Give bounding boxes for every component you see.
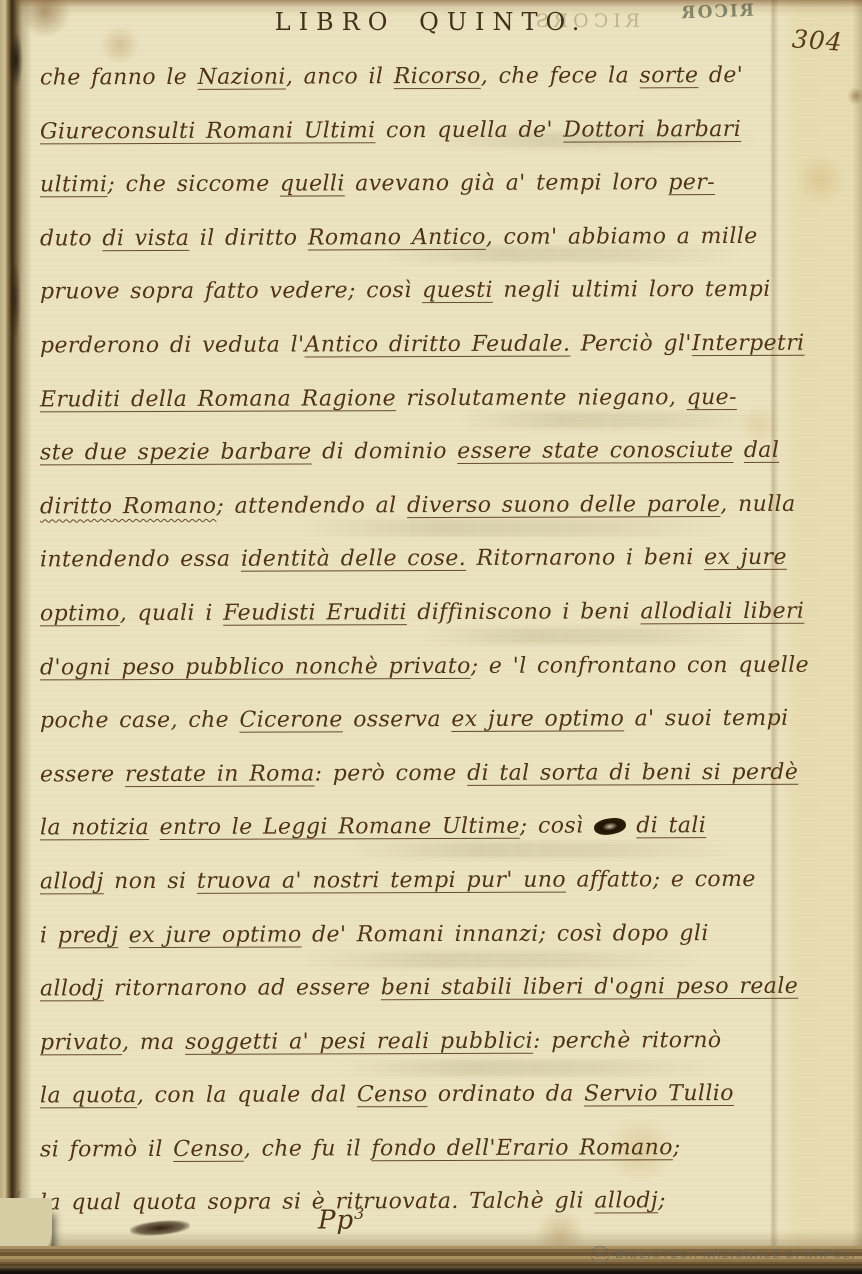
manuscript-line: essere restate in Roma: però come di tal… [40,745,852,801]
manuscript-word-segment: di vista [102,226,189,251]
manuscript-word-segment: allodj [40,869,104,894]
manuscript-word-segment: con quella de' [376,117,564,143]
manuscript-word-segment: ultimi [40,172,107,197]
manuscript-line: che fanno le Nazioni, anco il Ricorso, c… [40,49,852,105]
manuscript-line: poche case, che Cicerone osserva ex jure… [40,692,852,748]
manuscript-word-segment: diritto Romano [40,494,216,520]
manuscript-word-segment: il diritto [189,225,308,250]
manuscript-line: allodj non si truova a' nostri tempi pur… [40,852,852,908]
manuscript-word-segment: ex jure optimo [129,922,302,948]
manuscript-line: optimo, quali i Feudisti Eruditi diffini… [40,585,852,641]
manuscript-word-segment: , che fu il [244,1136,372,1161]
manuscript-line: d'ogni peso pubblico nonchè privato; e '… [40,638,852,694]
manuscript-word-segment: truova a' nostri tempi pur' uno [197,867,566,893]
manuscript-word-segment: privato [40,1030,122,1055]
manuscript-word-segment: Giureconsulti Romani Ultimi [40,118,376,144]
manuscript-word-segment: predj [58,923,119,948]
manuscript-word-segment: che fanno le [40,65,198,91]
ink-blot [593,817,627,837]
manuscript-word-segment [149,815,159,840]
manuscript-word-segment: allodj [40,976,104,1001]
manuscript-word-segment: Perciò gl' [570,331,692,356]
manuscript-word-segment: ritornarono ad essere [104,975,381,1001]
manuscript-word-segment: i [40,923,58,948]
manuscript-word-segment: questi [422,278,493,303]
manuscript-word-segment: soggetti a' pesi reali pubblici [185,1028,533,1054]
manuscript-word-segment: ; [673,1135,681,1160]
manuscript-word-segment: ; così [520,814,594,839]
manuscript-word-segment: de' [698,63,743,88]
manuscript-word-segment: di tali [636,813,706,838]
manuscript-word-segment: restate in Roma [125,761,315,787]
manuscript-page: RICORS RICOR LIBRO QUINTO. 304 che fanno… [0,0,862,1252]
manuscript-line: privato, ma soggetti a' pesi reali pubbl… [40,1013,852,1069]
manuscript-word-segment: ; [658,1189,666,1214]
manuscript-line: ste due spezie barbare di dominio essere… [40,424,852,480]
manuscript-word-segment: la quota [40,1083,137,1108]
page-title: LIBRO QUINTO. [275,8,588,36]
manuscript-scan: RICORS RICOR LIBRO QUINTO. 304 che fanno… [0,0,862,1274]
manuscript-word-segment: negli ultimi loro tempi [493,277,771,303]
manuscript-word-segment: essere [40,762,125,787]
manuscript-word-segment: Interpetri [692,331,805,356]
manuscript-line: diritto Romano; attendendo al diverso su… [40,477,852,533]
manuscript-line: Eruditi della Romana Ragione risolutamen… [40,370,852,426]
manuscript-word-segment: , con la quale dal [137,1083,357,1109]
manuscript-word-segment: pruove sopra fatto vedere; così [40,278,422,304]
manuscript-word-segment: Servio Tullio [584,1081,734,1107]
manuscript-word-segment: Antico diritto Feudale. [305,332,571,358]
manuscript-word-segment: , anco il [286,64,394,89]
manuscript-word-segment: diffiniscono i beni [407,599,641,625]
manuscript-word-segment: perderono di veduta l' [40,332,305,358]
manuscript-word-segment: , quali i [120,601,224,626]
manuscript-word-segment: Ricorso [394,64,481,89]
manuscript-word-segment: non si [104,869,197,894]
library-logo-icon: BN [591,1246,609,1264]
manuscript-word-segment: osserva [343,707,452,732]
manuscript-word-segment: Cicerone [239,707,342,732]
manuscript-word-segment: : però come [315,761,468,787]
manuscript-word-segment: ex jure optimo [451,707,624,733]
manuscript-word-segment: a' suoi tempi [624,706,788,732]
manuscript-word-segment: : perchè ritornò [533,1028,722,1054]
manuscript-word-segment: allodj [594,1189,658,1214]
manuscript-word-segment: d'ogni peso pubblico nonchè privato [40,653,471,680]
manuscript-word-segment: duto [40,226,102,251]
manuscript-word-segment: si formò il [40,1137,173,1162]
manuscript-word-segment: Censo [357,1082,428,1107]
manuscript-word-segment: , ma [122,1030,185,1055]
manuscript-line: ultimi; che siccome quelli avevano già a… [40,156,852,212]
manuscript-word-segment: Dottori barbari [563,117,741,143]
manuscript-line: Giureconsulti Romani Ultimi con quella d… [40,102,852,158]
manuscript-word-segment: ex jure [704,545,787,570]
manuscript-word-segment: Ritornarono i beni [466,545,704,571]
manuscript-word-segment: beni stabili liberi d'ogni peso reale [381,974,798,1000]
manuscript-word-segment: sorte [639,63,698,88]
manuscript-word-segment: Nazioni [198,65,286,90]
manuscript-word-segment: la notizia [40,815,149,840]
manuscript-word-segment: essere state conosciute [457,438,733,464]
catchword-superscript: 3 [354,1204,365,1223]
manuscript-word-segment: fondo dell'Erario Romano [371,1135,672,1161]
manuscript-word-segment: , com' abbiamo a mille [486,224,758,250]
manuscript-word-segment: optimo [40,601,120,626]
library-watermark-label: Biblioteca Nazionale di Napoli [615,1249,856,1261]
manuscript-line: la notizia entro le Leggi Romane Ultime;… [40,799,852,855]
manuscript-word-segment: poche case, che [40,708,240,734]
manuscript-word-segment: dal [744,438,780,463]
manuscript-word-segment: diverso suono delle parole [407,492,720,518]
manuscript-word-segment: identità delle cose. [241,546,466,572]
manuscript-word-segment: avevano già a' tempi loro [345,170,669,196]
manuscript-line: perderono di veduta l'Antico diritto Feu… [40,317,852,373]
manuscript-word-segment: Eruditi della Romana Ragione [40,386,396,412]
manuscript-word-segment: ; che siccome [107,172,280,198]
manuscript-line: intendendo essa identità delle cose. Rit… [40,531,852,587]
manuscript-line: allodj ritornarono ad essere beni stabil… [40,960,852,1016]
catchword: Pp3 [318,1204,365,1236]
manuscript-line: i predj ex jure optimo de' Romani innanz… [40,906,852,962]
manuscript-word-segment: ordinato da [427,1082,584,1108]
manuscript-word-segment [118,923,128,948]
manuscript-word-segment: de' Romani innanzi; così dopo gli [302,921,709,947]
manuscript-word-segment: affatto; e come [566,867,756,893]
manuscript-text: che fanno le Nazioni, anco il Ricorso, c… [40,50,852,1229]
manuscript-word-segment: Feudisti Eruditi [223,600,407,626]
library-watermark: BN Biblioteca Nazionale di Napoli [591,1246,856,1264]
manuscript-word-segment: per- [668,170,715,195]
manuscript-word-segment: intendendo essa [40,547,241,573]
manuscript-word-segment: entro le Leggi Romane Ultime [160,814,520,840]
manuscript-line: pruove sopra fatto vedere; così questi n… [40,263,852,319]
manuscript-word-segment: ; attendendo al [216,493,407,519]
manuscript-word-segment: di tal sorta di beni si perdè [467,759,798,785]
manuscript-line: duto di vista il diritto Romano Antico, … [40,209,852,265]
manuscript-word-segment: quelli [280,172,345,197]
manuscript-word-segment [626,814,636,839]
manuscript-word-segment: Romano Antico [308,225,486,251]
manuscript-word-segment: , nulla [720,492,795,517]
manuscript-word-segment: di dominio [312,439,458,465]
catchword-letters: Pp [318,1206,354,1236]
manuscript-word-segment: ste due spezie barbare [40,440,312,466]
showthrough-corner-fragment: RICOR [684,1,755,23]
manuscript-line: si formò il Censo, che fu il fondo dell'… [40,1120,852,1176]
manuscript-line: la quota, con la quale dal Censo ordinat… [40,1067,852,1123]
binding-gutter [0,0,32,1252]
manuscript-word-segment: allodiali liberi [640,599,804,625]
manuscript-word-segment [733,438,743,463]
manuscript-word-segment: , che fece la [481,63,640,89]
manuscript-word-segment: ; e 'l confrontano con quelle [471,652,809,678]
manuscript-word-segment: Censo [173,1137,244,1162]
manuscript-word-segment: risolutamente niegano, [396,385,687,411]
manuscript-word-segment: que- [687,385,737,410]
